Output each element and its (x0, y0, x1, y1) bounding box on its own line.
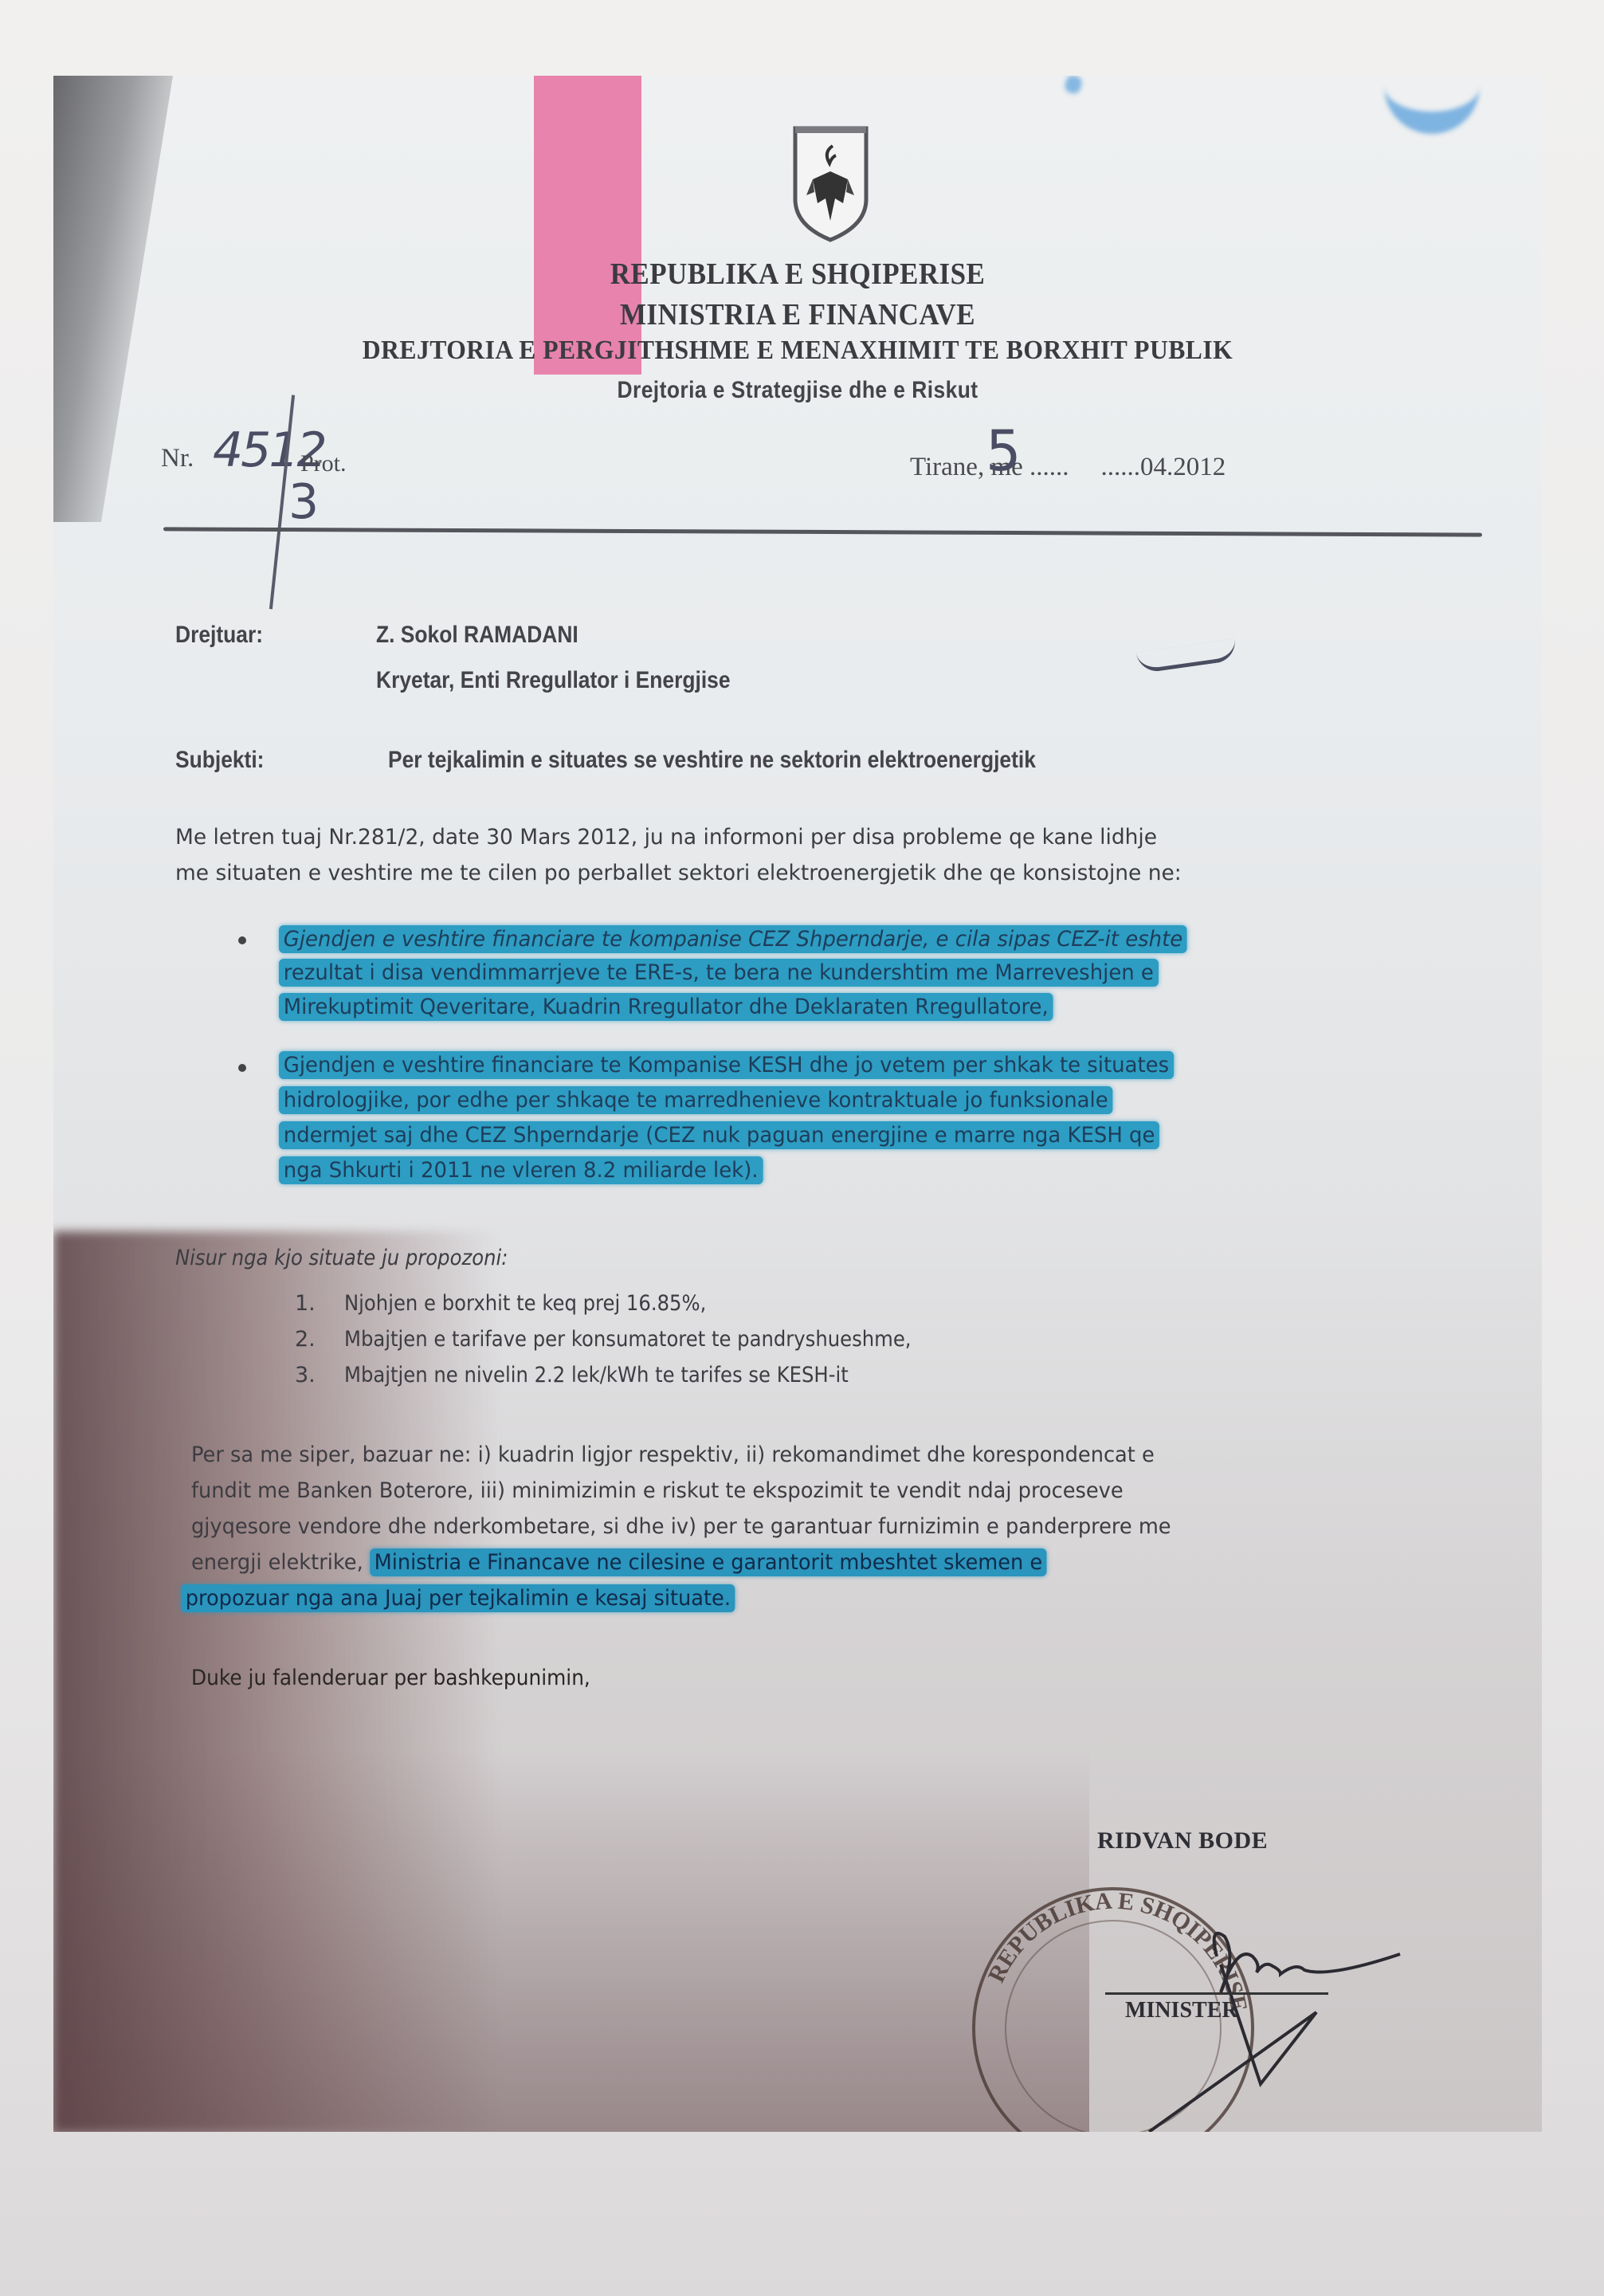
closing-line: Duke ju falenderuar per bashkepunimin, (191, 1666, 590, 1690)
proposal-number: 3. (295, 1363, 316, 1387)
conclusion-line: propozuar nga ana Juaj per tejkalimin e … (181, 1586, 735, 1611)
blue-ink-mark (1384, 76, 1480, 134)
subject-text: Per tejkalimin e situates se veshtire ne… (388, 747, 1036, 774)
conclusion-highlight: propozuar nga ana Juaj per tejkalimin e … (181, 1584, 735, 1612)
proposal-text: Njohjen e borxhit te keq prej 16.85%, (344, 1291, 706, 1316)
conclusion-highlight: Ministria e Financave ne cilesine e gara… (370, 1548, 1047, 1576)
protocol-number-label: Nr. (161, 444, 194, 473)
header-divider (163, 527, 1482, 536)
protocol-label: Prot. (300, 450, 347, 477)
intro-line: me situaten e veshtire me te cilen po pe… (175, 861, 1182, 885)
header-republic: REPUBLIKA E SHQIPERISE (113, 257, 1483, 292)
conclusion-line: energji elektrike, Ministria e Financave… (191, 1550, 1047, 1575)
conclusion-line: gjyqesore vendore dhe nderkombetare, si … (191, 1514, 1171, 1539)
blue-ink-mark (1063, 76, 1083, 95)
stamp-text: REPUBLIKA E SHQIPERISE (983, 1888, 1253, 2014)
place-date: Tirane, me ............04.2012 (910, 453, 1226, 482)
date-day-handwritten: 5 (986, 418, 1022, 484)
intro-line: Me letren tuaj Nr.281/2, date 30 Mars 20… (175, 825, 1157, 850)
addressee-name: Z. Sokol RAMADANI (376, 622, 578, 649)
bullet-dot (238, 936, 246, 944)
header-directorate: Drejtoria e Strategjise dhe e Riskut (143, 377, 1453, 404)
official-stamp-and-signature: REPUBLIKA E SHQIPERISE (914, 1861, 1472, 2132)
bullet-line: Gjendjen e veshtire financiare te Kompan… (279, 1053, 1174, 1077)
header-ministry: MINISTRIA E FINANCAVE (113, 297, 1483, 332)
bullet-line: nga Shkurti i 2011 ne vleren 8.2 miliard… (279, 1158, 763, 1183)
letter-page: REPUBLIKA E SHQIPERISE MINISTRIA E FINAN… (53, 76, 1542, 2132)
protocol-sub-number-handwritten: 3 (288, 474, 319, 530)
handwritten-check-mark (1136, 638, 1238, 673)
signature-line (1105, 1992, 1328, 1995)
date-suffix: ......04.2012 (1101, 453, 1226, 481)
bullet-dot (238, 1064, 246, 1072)
subject-label: Subjekti: (175, 747, 264, 774)
proposal-text: Mbajtjen ne nivelin 2.2 lek/kWh te tarif… (344, 1363, 849, 1387)
proposal-intro: Nisur nga kjo situate ju propozoni: (175, 1246, 508, 1270)
bullet-line: Mirekuptimit Qeveritare, Kuadrin Rregull… (279, 995, 1053, 1019)
bullet-line: rezultat i disa vendimmarrjeve te ERE-s,… (279, 960, 1159, 985)
signatory-name: RIDVAN BODE (1097, 1827, 1268, 1854)
conclusion-line: Per sa me siper, bazuar ne: i) kuadrin l… (191, 1442, 1155, 1467)
conclusion-line: fundit me Banken Boterore, iii) minimizi… (191, 1478, 1124, 1503)
proposal-number: 1. (295, 1291, 316, 1316)
bullet-line: hidrologjike, por edhe per shkaqe te mar… (279, 1088, 1112, 1113)
proposal-number: 2. (295, 1327, 316, 1352)
header-directorate-general: DREJTORIA E PERGJITHSHME E MENAXHIMIT TE… (105, 336, 1489, 366)
svg-text:REPUBLIKA E SHQIPERISE: REPUBLIKA E SHQIPERISE (983, 1888, 1253, 2014)
signatory-title: MINISTER (1125, 1998, 1238, 2023)
bullet-line: Gjendjen e veshtire financiare te kompan… (279, 927, 1187, 952)
addressee-label: Drejtuar: (175, 622, 263, 649)
proposal-text: Mbajtjen e tarifave per konsumatoret te … (344, 1327, 912, 1352)
addressee-title: Kryetar, Enti Rregullator i Energjise (376, 667, 731, 694)
bullet-line: ndermjet saj dhe CEZ Shperndarje (CEZ nu… (279, 1123, 1159, 1148)
albanian-coat-of-arms-icon (789, 124, 873, 243)
